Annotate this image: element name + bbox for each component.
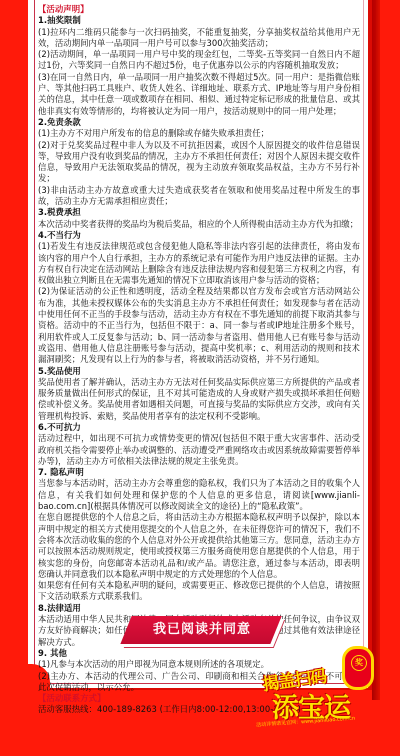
- paragraph: 在您自愿提供您的个人信息之后，将由活动主办方根据本隐私权声明予以保护，除以本声明…: [38, 512, 360, 580]
- section-heading: 4.不当行为: [38, 230, 360, 241]
- lucky-bag-icon: 奖: [342, 646, 374, 690]
- document-header: 【活动声明】: [38, 4, 360, 15]
- document-body: 1.抽奖限制(1)拉环内二维码只能参与一次扫码抽奖，不能重复抽奖，分享抽奖权益给…: [38, 15, 360, 715]
- paragraph: (3)在同一自然日内，单一品项同一用户抽奖次数不得超过5次。同一用户：是指微信账…: [38, 72, 360, 117]
- paragraph: (2)对于兑奖奖品过程中非人为以及不可抗拒因素，或因个人原因提交的收件信息错误等…: [38, 140, 360, 185]
- section-heading: 6.不可抗力: [38, 422, 360, 433]
- paragraph: (1)拉环内二维码只能参与一次扫码抽奖，不能重复抽奖，分享抽奖权益给其他用户无效…: [38, 27, 360, 50]
- paragraph: 活动过程中，如出现不可抗力或情势变更的情况(包括但不限于重大灾害事件、活动受政府…: [38, 433, 360, 467]
- rules-document: 【活动声明】 1.抽奖限制(1)拉环内二维码只能参与一次扫码抽奖，不能重复抽奖，…: [38, 4, 360, 716]
- section-heading: 5.奖品使用: [38, 366, 360, 377]
- campaign-logo: 奖 揭盖扫码 添宝运 活动详情请见官网：www.jianlibao.com.cn: [256, 640, 396, 740]
- paragraph: 如果您有任何有关本隐私声明的疑问，或需要更正、修改您已提供的个人信息，请按照下文…: [38, 580, 360, 603]
- section-heading: 8.法律适用: [38, 603, 360, 614]
- paragraph: 奖品使用者了解并确认，活动主办方无法对任何奖品实际供应第三方所提供的产品或者服务…: [38, 377, 360, 422]
- paragraph: (3)非由活动主办方故意或重大过失造成获奖者在领取和使用奖品过程中所发生的事故，…: [38, 185, 360, 208]
- paragraph: (2)为保证活动的公正性和透明度，活动全程及结果都以官方发布会或官方活动网站公布…: [38, 286, 360, 365]
- paragraph: (1)若发生有违反法律规范或包含侵犯他人隐私等非法内容引起的法律责任，将由发布该…: [38, 241, 360, 286]
- paragraph: (2)活动期间，单一品项同一用户号中奖的现金红包，二等奖-五等奖同一自然日内不超…: [38, 49, 360, 72]
- section-heading: 1.抽奖限制: [38, 15, 360, 26]
- section-heading: 2.免责条款: [38, 117, 360, 128]
- paragraph: 本次活动中奖者获得的奖品均为税后奖品，相应的个人所得税由活动主办方代为扣缴；: [38, 219, 360, 230]
- paragraph: 当您参与本活动时，活动主办方会尊重您的隐私权，我们只为了本活动之目的收集个人信息…: [38, 478, 360, 512]
- paragraph: (1)主办方不对用户所发布的信息的删除或存储失败承担责任；: [38, 128, 360, 139]
- section-heading: 3.税费承担: [38, 207, 360, 218]
- section-heading: 7. 隐私声明: [38, 467, 360, 478]
